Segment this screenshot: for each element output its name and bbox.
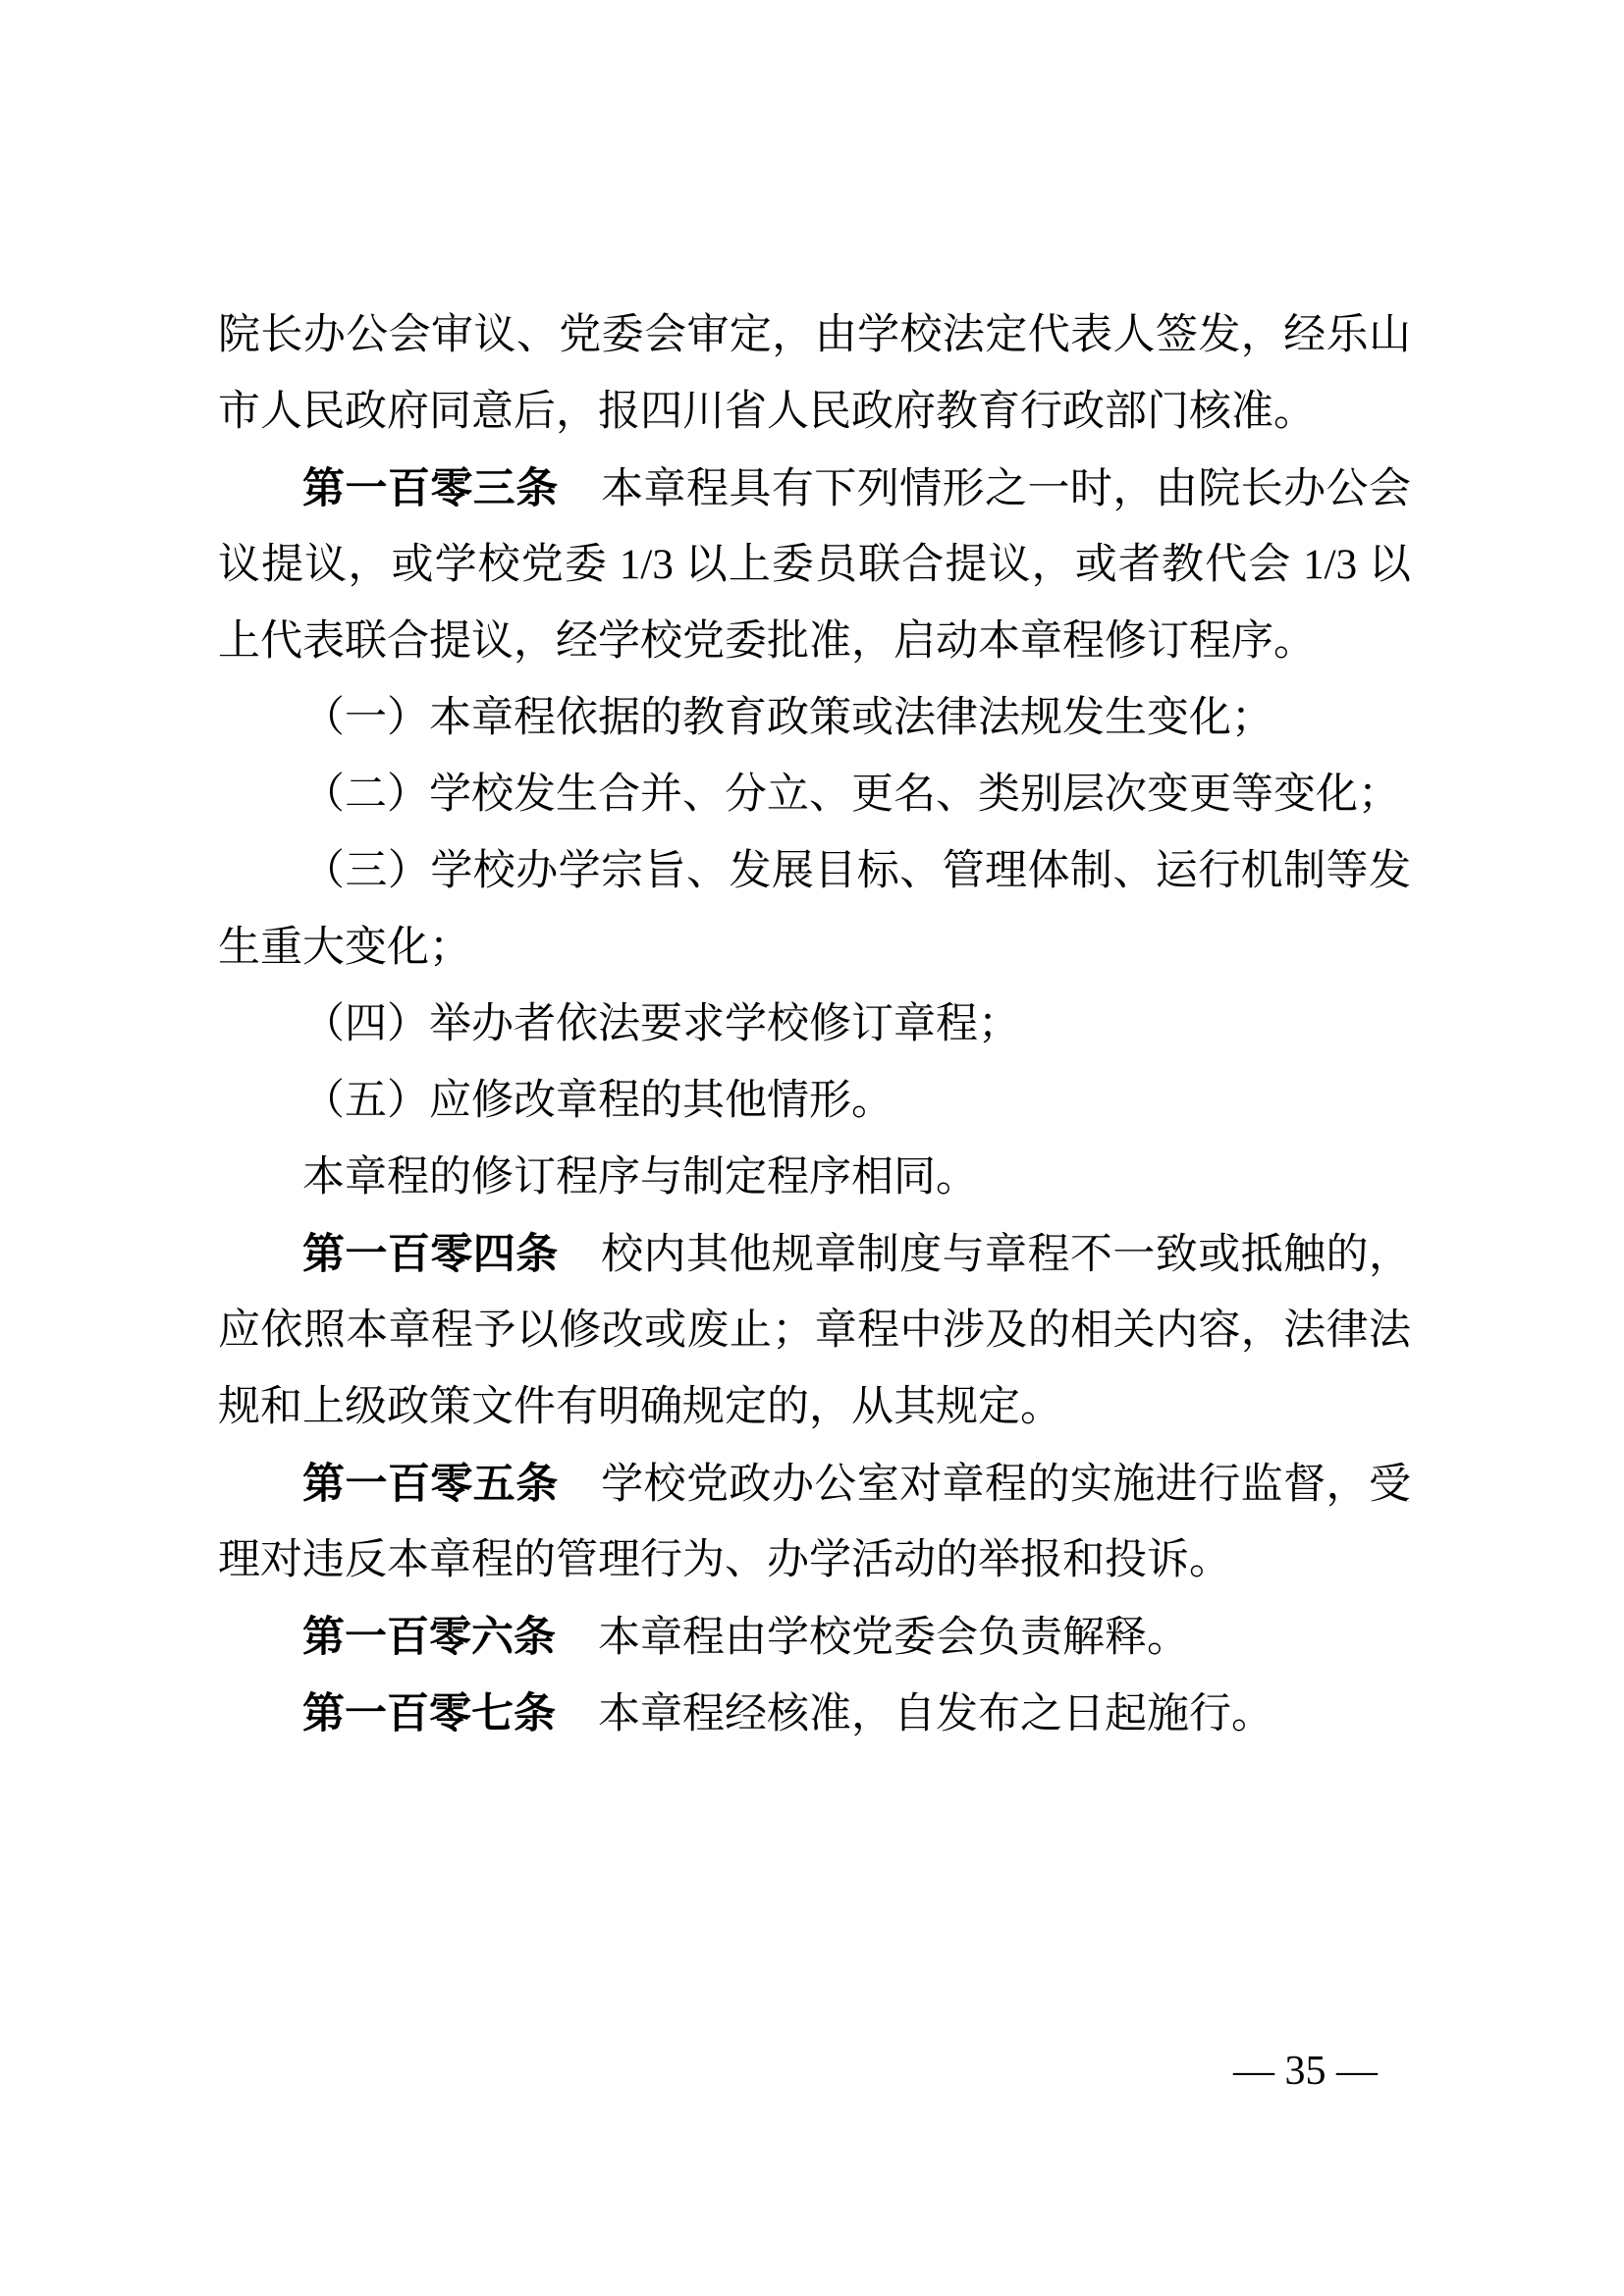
- text-line: 第一百零三条 本章程具有下列情形之一时，由院长办公会: [218, 451, 1411, 527]
- text-run: （三）学校办学宗旨、发展目标、管理体制、运行机制等发: [302, 848, 1411, 894]
- text-line: 规和上级政策文件有明确规定的，从其规定。: [218, 1369, 1411, 1446]
- text-run: 市人民政府同意后，报四川省人民政府教育行政部门核准。: [218, 389, 1316, 435]
- text-run: 本章程的修订程序与制定程序相同。: [302, 1154, 978, 1201]
- text-line: 第一百零六条 本章程由学校党委会负责解释。: [218, 1599, 1411, 1676]
- text-run: 应依照本章程予以修改或废止；章程中涉及的相关内容，法律法: [218, 1308, 1411, 1354]
- text-line: 本章程的修订程序与制定程序相同。: [218, 1140, 1411, 1216]
- article-number: 第一百零四条: [302, 1231, 559, 1278]
- text-column: 院长办公会审议、党委会审定，由学校法定代表人签发，经乐山市人民政府同意后，报四川…: [218, 297, 1411, 1752]
- text-line: （一）本章程依据的教育政策或法律法规发生变化；: [218, 680, 1411, 757]
- text-line: 议提议，或学校党委 1/3 以上委员联合提议，或者教代会 1/3 以: [218, 527, 1411, 604]
- text-run: （四）举办者依法要求学校修订章程；: [302, 1001, 1020, 1047]
- text-line: （二）学校发生合并、分立、更名、类别层次变更等变化；: [218, 757, 1411, 833]
- text-run: 本章程经核准，自发布之日起施行。: [556, 1691, 1273, 1737]
- text-run: 学校党政办公室对章程的实施进行监督，受: [559, 1462, 1411, 1508]
- article-number: 第一百零三条: [302, 465, 559, 512]
- text-run: 上代表联合提议，经学校党委批准，启动本章程修订程序。: [218, 618, 1316, 665]
- text-line: 理对违反本章程的管理行为、办学活动的举报和投诉。: [218, 1522, 1411, 1599]
- text-line: （四）举办者依法要求学校修订章程；: [218, 987, 1411, 1063]
- page-number: — 35 —: [1233, 2048, 1378, 2095]
- text-line: 生重大变化；: [218, 910, 1411, 987]
- text-line: 第一百零五条 学校党政办公室对章程的实施进行监督，受: [218, 1446, 1411, 1522]
- text-run: 校内其他规章制度与章程不一致或抵触的，: [559, 1232, 1411, 1278]
- article-number: 第一百零七条: [302, 1690, 556, 1737]
- text-line: 院长办公会审议、党委会审定，由学校法定代表人签发，经乐山: [218, 297, 1411, 374]
- text-run: 院长办公会审议、党委会审定，由学校法定代表人签发，经乐山: [218, 312, 1411, 358]
- text-run: 生重大变化；: [218, 925, 471, 971]
- text-line: 第一百零七条 本章程经核准，自发布之日起施行。: [218, 1676, 1411, 1752]
- text-run: 本章程具有下列情形之一时，由院长办公会: [559, 466, 1411, 512]
- document-page: 院长办公会审议、党委会审定，由学校法定代表人签发，经乐山市人民政府同意后，报四川…: [0, 0, 1624, 2296]
- text-run: （一）本章程依据的教育政策或法律法规发生变化；: [302, 695, 1273, 741]
- text-run: （五）应修改章程的其他情形。: [302, 1078, 893, 1124]
- text-line: 第一百零四条 校内其他规章制度与章程不一致或抵触的，: [218, 1216, 1411, 1293]
- text-run: 议提议，或学校党委 1/3 以上委员联合提议，或者教代会 1/3 以: [218, 542, 1411, 588]
- article-number: 第一百零五条: [302, 1461, 559, 1508]
- text-line: （五）应修改章程的其他情形。: [218, 1063, 1411, 1140]
- text-line: 市人民政府同意后，报四川省人民政府教育行政部门核准。: [218, 374, 1411, 451]
- text-run: 本章程由学校党委会负责解释。: [556, 1615, 1189, 1661]
- text-run: 理对违反本章程的管理行为、办学活动的举报和投诉。: [218, 1537, 1231, 1583]
- article-number: 第一百零六条: [302, 1614, 556, 1661]
- text-line: 应依照本章程予以修改或废止；章程中涉及的相关内容，法律法: [218, 1293, 1411, 1369]
- text-line: （三）学校办学宗旨、发展目标、管理体制、运行机制等发: [218, 833, 1411, 910]
- text-line: 上代表联合提议，经学校党委批准，启动本章程修订程序。: [218, 604, 1411, 680]
- text-run: （二）学校发生合并、分立、更名、类别层次变更等变化；: [302, 772, 1400, 818]
- text-run: 规和上级政策文件有明确规定的，从其规定。: [218, 1384, 1062, 1430]
